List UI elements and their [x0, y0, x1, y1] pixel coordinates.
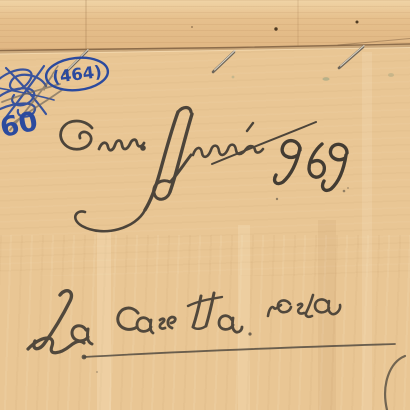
- year-digits: [275, 141, 347, 191]
- nail: [213, 51, 235, 73]
- signature: [61, 108, 316, 232]
- painting-verso-photo: (464) 60: [0, 0, 410, 410]
- nail-hole: [356, 21, 359, 24]
- number-60: 60: [0, 106, 41, 144]
- inventory-number: (464): [51, 62, 102, 87]
- panel-seam-line: [0, 0, 410, 54]
- inscriptions-overlay: (464) 60: [0, 0, 410, 410]
- nail-hole: [191, 26, 193, 28]
- corner-arc: [385, 356, 405, 410]
- wood-streaks: [97, 52, 372, 410]
- nail-hole: [274, 27, 277, 30]
- blue-inventory-marks: (464) 60: [0, 55, 110, 144]
- title-inscription: [28, 291, 340, 353]
